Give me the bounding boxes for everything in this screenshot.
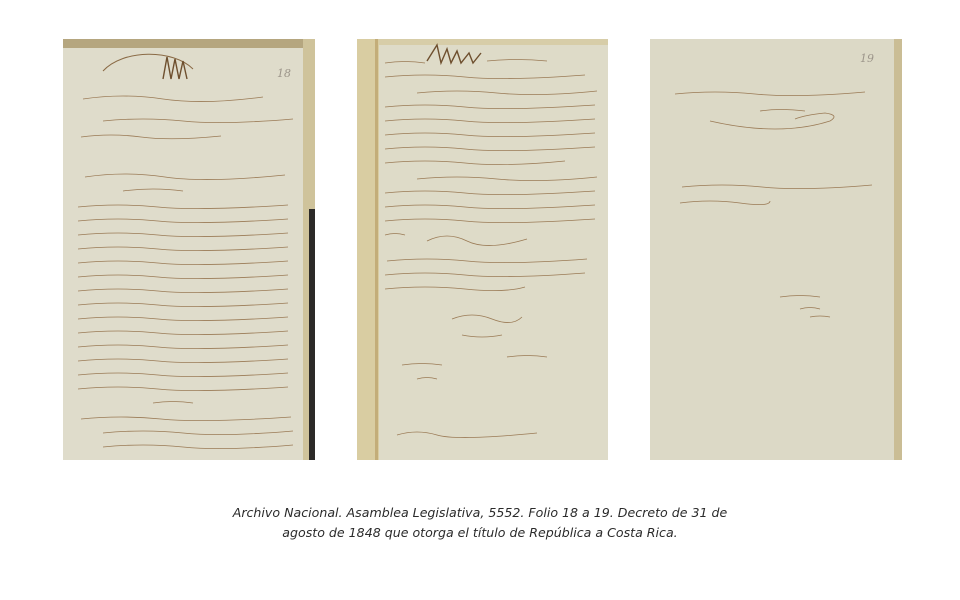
manuscript-image-folio-19[interactable]: 19 [650, 39, 902, 460]
manuscript-page-graphic [357, 39, 608, 460]
svg-text:18: 18 [277, 67, 291, 80]
svg-text:19: 19 [860, 52, 874, 65]
manuscript-page-graphic: 19 [650, 39, 902, 460]
caption-line-1: Archivo Nacional. Asamblea Legislativa, … [0, 503, 960, 523]
manuscript-image-folio-18[interactable]: 18 [63, 39, 315, 460]
figure-caption: Archivo Nacional. Asamblea Legislativa, … [0, 503, 960, 543]
manuscript-gallery: 18 [0, 0, 960, 470]
manuscript-image-folio-18-verso[interactable] [357, 39, 608, 460]
caption-line-2: agosto de 1848 que otorga el título de R… [0, 523, 960, 543]
manuscript-page-graphic: 18 [63, 39, 315, 460]
